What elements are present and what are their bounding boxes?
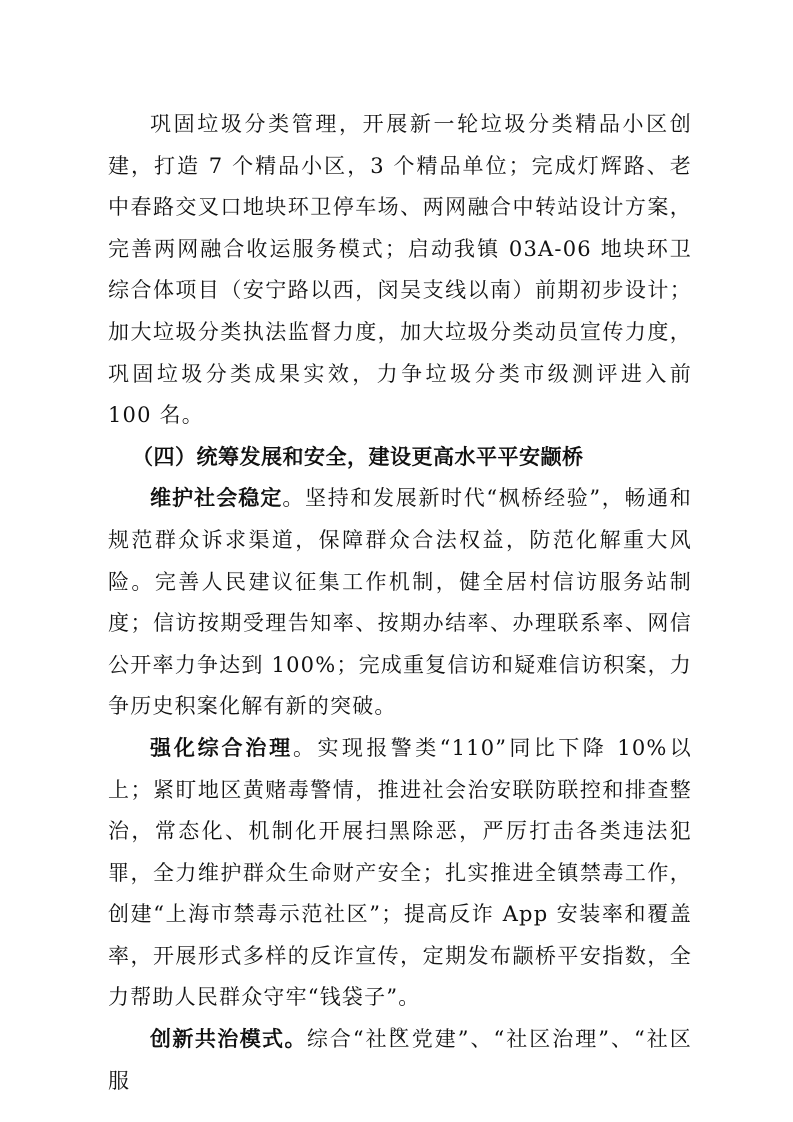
page-number: 20 <box>0 1024 793 1040</box>
paragraph-lead: 强化综合治理 <box>150 736 293 760</box>
paragraph-text: 巩固垃圾分类管理，开展新一轮垃圾分类精品小区创建，打造 7 个精品小区，3 个精… <box>108 112 692 427</box>
paragraph-lead: 维护社会稳定 <box>150 486 282 510</box>
section-heading: （四）统筹发展和安全，建设更高水平平安颛桥 <box>108 437 692 479</box>
paragraph-text: 。实现报警类“110”同比下降 10%以上；紧盯地区黄赌毒警情，推进社会治安联防… <box>108 736 692 1010</box>
document-page: 巩固垃圾分类管理，开展新一轮垃圾分类精品小区创建，打造 7 个精品小区，3 个精… <box>108 104 692 1102</box>
paragraph-social-stability: 维护社会稳定。坚持和发展新时代“枫桥经验”，畅通和规范群众诉求渠道，保障群众合法… <box>108 478 692 728</box>
paragraph-garbage-sorting: 巩固垃圾分类管理，开展新一轮垃圾分类精品小区创建，打造 7 个精品小区，3 个精… <box>108 104 692 437</box>
paragraph-text: 。坚持和发展新时代“枫桥经验”，畅通和规范群众诉求渠道，保障群众合法权益，防范化… <box>108 486 692 718</box>
paragraph-comprehensive-governance: 强化综合治理。实现报警类“110”同比下降 10%以上；紧盯地区黄赌毒警情，推进… <box>108 728 692 1019</box>
